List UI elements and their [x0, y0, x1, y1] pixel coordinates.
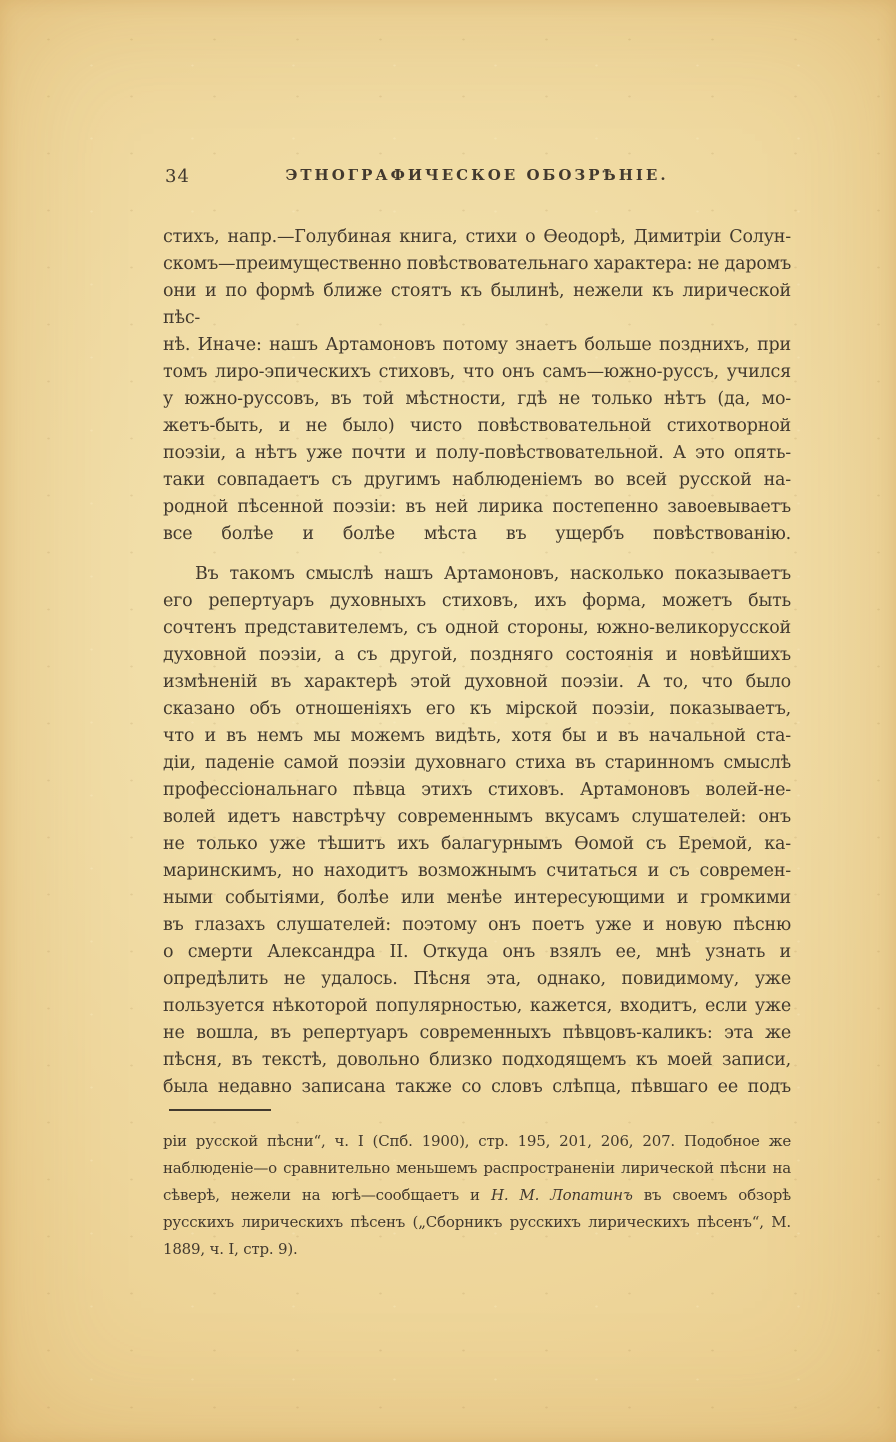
text-line: о смерти Александра II. Откуда онъ взялъ… [163, 939, 791, 966]
page-number: 34 [165, 166, 190, 187]
text-line: таки совпадаетъ съ другимъ наблюденіемъ … [163, 467, 791, 494]
text-line: пѣсня, въ текстѣ, довольно близко подход… [163, 1047, 791, 1074]
footnote-line: 1889, ч. I, стр. 9). [163, 1236, 791, 1263]
text-line: не только уже тѣшитъ ихъ балагурнымъ Ѳом… [163, 831, 791, 858]
text-line: родной пѣсенной поэзіи: въ ней лирика по… [163, 494, 791, 521]
text-line: они и по формѣ ближе стоятъ къ былинѣ, н… [163, 278, 791, 332]
text-line: сочтенъ представителемъ, съ одной сторон… [163, 615, 791, 642]
text-line: въ глазахъ слушателей: поэтому онъ поетъ… [163, 912, 791, 939]
page-content: 34 ЭТНОГРАФИЧЕСКОЕ ОБОЗРѢНІЕ. стихъ, нап… [163, 166, 791, 1263]
text-line: пользуется нѣкоторой популярностью, каже… [163, 993, 791, 1020]
text-line: нѣ. Иначе: нашъ Артамоновъ потому знаетъ… [163, 332, 791, 359]
footnote-line: ріи русской пѣсни“, ч. I (Спб. 1900), ст… [163, 1128, 791, 1155]
text-line: маринскимъ, но находитъ возможнымъ счита… [163, 858, 791, 885]
text-line: профессіональнаго пѣвца этихъ стиховъ. А… [163, 777, 791, 804]
text-line: что и въ немъ мы можемъ видѣть, хотя бы … [163, 723, 791, 750]
text-line: томъ лиро-эпическихъ стиховъ, что онъ са… [163, 359, 791, 386]
paragraph-2: Въ такомъ смыслѣ нашъ Артамоновъ, наскол… [163, 561, 791, 1101]
running-title: ЭТНОГРАФИЧЕСКОЕ ОБОЗРѢНІЕ. [163, 166, 791, 184]
main-text: стихъ, напр.—Голубиная книга, стихи о Ѳе… [163, 224, 791, 1263]
footnote-author-name: Н. М. Лопатинъ [491, 1186, 633, 1204]
text-line: у южно-руссовъ, въ той мѣстности, гдѣ не… [163, 386, 791, 413]
footnote-text: ріи русской пѣсни“, ч. I (Спб. 1900), ст… [163, 1128, 791, 1263]
footnote-segment: сѣверѣ, нежели на югѣ—сообщаетъ и [163, 1186, 491, 1204]
footnote-line: русскихъ лирическихъ пѣсенъ („Сборникъ р… [163, 1209, 791, 1236]
text-line: жетъ-быть, и не было) чисто повѣствовате… [163, 413, 791, 440]
text-line: скомъ—преимущественно повѣствовательнаго… [163, 251, 791, 278]
text-line: діи, паденіе самой поэзіи духовнаго стих… [163, 750, 791, 777]
footnote-line: сѣверѣ, нежели на югѣ—сообщаетъ и Н. М. … [163, 1182, 791, 1209]
text-line: измѣненій въ характерѣ этой духовной поэ… [163, 669, 791, 696]
text-line: все болѣе и болѣе мѣста въ ущербъ повѣст… [163, 521, 791, 548]
footnote-separator [169, 1109, 271, 1111]
text-line: опредѣлить не удалось. Пѣсня эта, однако… [163, 966, 791, 993]
page-header: 34 ЭТНОГРАФИЧЕСКОЕ ОБОЗРѢНІЕ. [163, 166, 791, 188]
text-line: не вошла, въ репертуаръ современныхъ пѣв… [163, 1020, 791, 1047]
text-line: волей идетъ навстрѣчу современнымъ вкуса… [163, 804, 791, 831]
footnote-segment: въ своемъ обзорѣ [633, 1186, 791, 1204]
paragraph-1: стихъ, напр.—Голубиная книга, стихи о Ѳе… [163, 224, 791, 548]
text-line: ными событіями, болѣе или менѣе интересу… [163, 885, 791, 912]
text-line: стихъ, напр.—Голубиная книга, стихи о Ѳе… [163, 224, 791, 251]
text-line: духовной поэзіи, а съ другой, поздняго с… [163, 642, 791, 669]
text-line: Въ такомъ смыслѣ нашъ Артамоновъ, наскол… [163, 561, 791, 588]
text-line: была недавно записана также со словъ слѣ… [163, 1074, 791, 1101]
book-page: 34 ЭТНОГРАФИЧЕСКОЕ ОБОЗРѢНІЕ. стихъ, нап… [0, 0, 896, 1442]
text-line: поэзіи, а нѣтъ уже почти и полу-повѣство… [163, 440, 791, 467]
text-line: сказано объ отношеніяхъ его къ мірской п… [163, 696, 791, 723]
footnote-line: наблюденіе—о сравнительно меньшемъ распр… [163, 1155, 791, 1182]
text-line: его репертуаръ духовныхъ стиховъ, ихъ фо… [163, 588, 791, 615]
